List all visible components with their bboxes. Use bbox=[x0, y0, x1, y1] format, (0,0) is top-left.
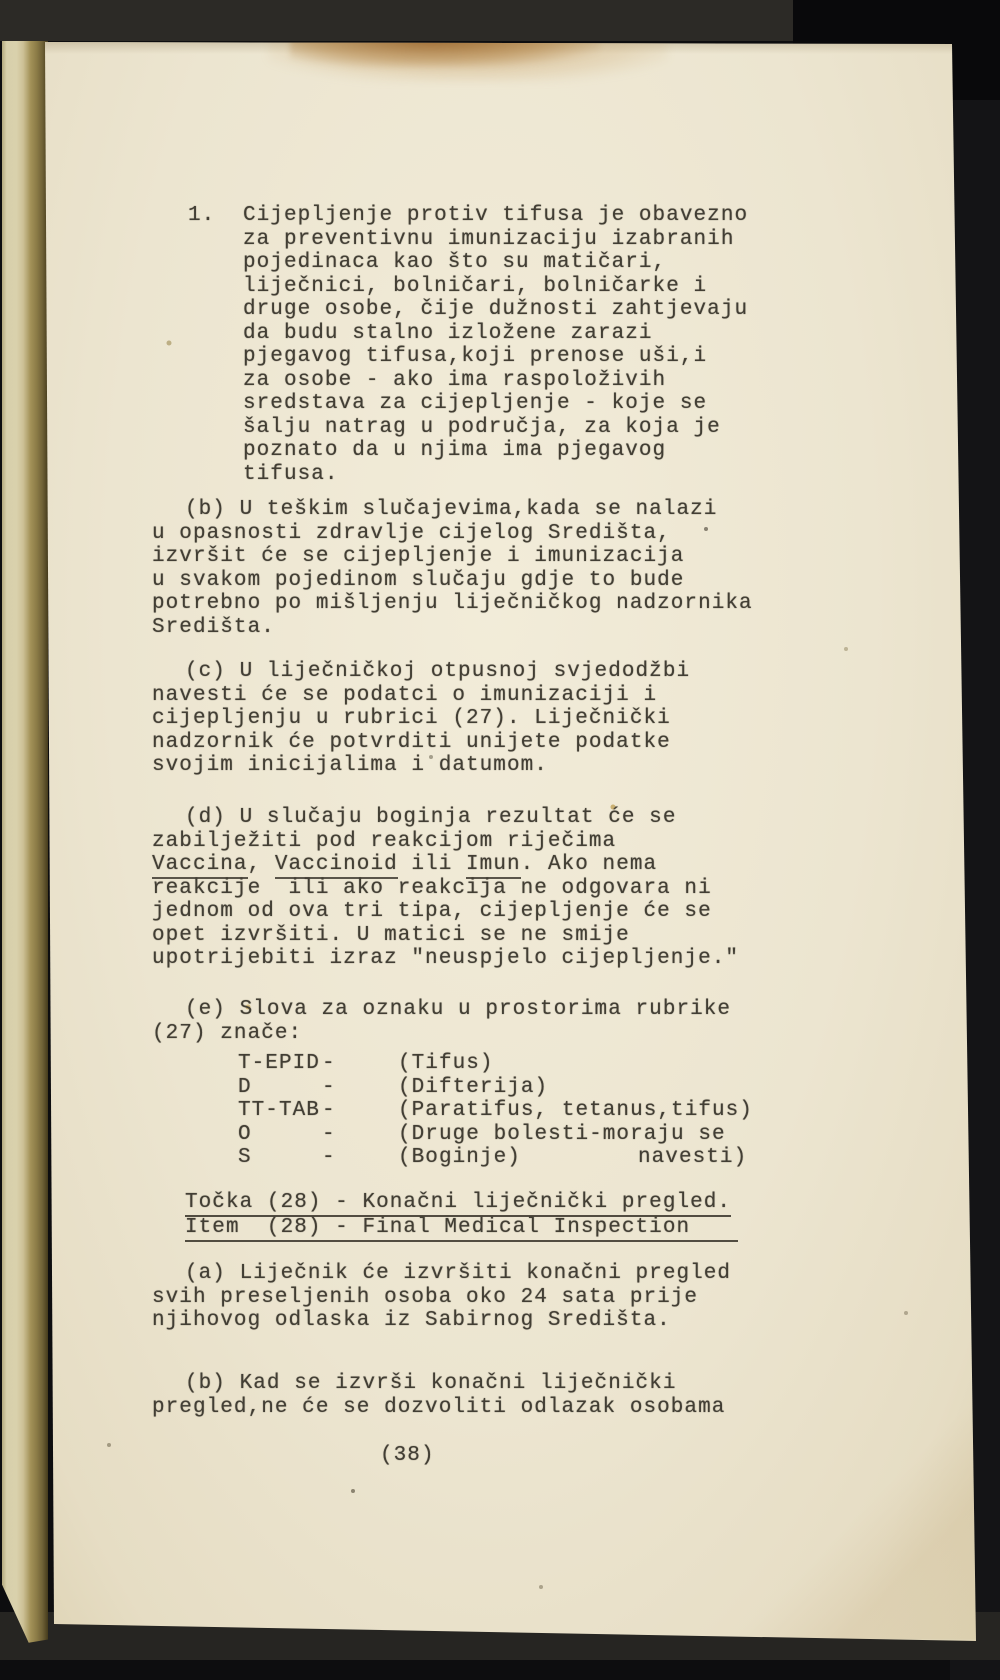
text-line: opet izvršiti. U matici se ne smije bbox=[152, 924, 739, 948]
letter-description: (Druge bolesti-moraju se bbox=[398, 1123, 726, 1147]
text-line: sredstava za cijepljenje - koje se bbox=[243, 392, 748, 416]
text-line: svih preseljenih osoba oko 24 sata prije bbox=[152, 1286, 731, 1310]
page-number: (38) bbox=[380, 1444, 435, 1467]
text-line: tifusa. bbox=[243, 463, 748, 487]
text-line: potrebno po mišljenju liječničkog nadzor… bbox=[152, 592, 753, 616]
letter-code: S bbox=[238, 1146, 252, 1169]
text-line: druge osobe, čije dužnosti zahtjevaju bbox=[243, 298, 748, 322]
text-line: za preventivnu imunizaciju izabranih bbox=[243, 228, 748, 252]
letter-code: T-EPID bbox=[238, 1052, 320, 1075]
text-line: liječnici, bolničari, bolničarke i bbox=[243, 275, 748, 299]
text-line: u svakom pojedinom slučaju gdje to bude bbox=[152, 569, 753, 593]
text-line: Središta. bbox=[152, 616, 753, 640]
scanned-document: 1.Cijepljenje protiv tifusa je obaveznoz… bbox=[0, 0, 1000, 1680]
paragraph-item1: 1.Cijepljenje protiv tifusa je obaveznoz… bbox=[243, 204, 748, 486]
text-line: da budu stalno izložene zarazi bbox=[243, 322, 748, 346]
text-line: Cijepljenje protiv tifusa je obavezno bbox=[243, 204, 748, 228]
heading-english-text: Item (28) - Final Medical Inspection bbox=[185, 1217, 738, 1242]
text-line: šalju natrag u područja, za koja je bbox=[243, 416, 748, 440]
text-line: nadzornik će potvrditi unijete podatke bbox=[152, 731, 690, 755]
dash: - bbox=[322, 1076, 336, 1100]
letter-description: (Boginje) bbox=[398, 1146, 521, 1170]
text-line: cijepljenju u rubrici (27). Liječnički bbox=[152, 707, 690, 731]
paragraph-d: (d) U slučaju boginja rezultat će sezabi… bbox=[152, 806, 739, 971]
paragraph-e: (e) Slova za oznaku u prostorima rubrike… bbox=[152, 998, 731, 1045]
heading-line-english: Item (28) - Final Medical Inspection bbox=[185, 1215, 738, 1240]
letter-table-row: S-(Boginje)navesti) bbox=[238, 1146, 320, 1170]
letter-table-row: O-(Druge bolesti-moraju se bbox=[238, 1123, 320, 1147]
text-line: u opasnosti zdravlje cijelog Središta, bbox=[152, 522, 753, 546]
text-line: svojim inicijalima i datumom. bbox=[152, 754, 690, 778]
text-line: (27) znače: bbox=[152, 1022, 731, 1046]
letter-table-row: T-EPID-(Tifus) bbox=[238, 1052, 320, 1076]
text-line: jednom od ova tri tipa, cijepljenje će s… bbox=[152, 900, 739, 924]
letter-table-row: TT-TAB-(Paratifus, tetanus,tifus) bbox=[238, 1099, 320, 1123]
dash: - bbox=[322, 1123, 336, 1147]
text-line: (a) Liječnik će izvršiti konačni pregled bbox=[152, 1262, 731, 1286]
letter-code: TT-TAB bbox=[238, 1099, 320, 1122]
text-line: (e) Slova za oznaku u prostorima rubrike bbox=[152, 998, 731, 1022]
text-line: upotrijebiti izraz "neuspjelo cijepljenj… bbox=[152, 947, 739, 971]
letter-description-overflow: navesti) bbox=[638, 1146, 747, 1170]
heading-croatian-text: Točka (28) - Konačni liječnički pregled. bbox=[185, 1192, 731, 1217]
text-line: pojedinaca kao što su matičari, bbox=[243, 251, 748, 275]
dash: - bbox=[322, 1052, 336, 1076]
text-line: navesti će se podatci o imunizaciji i bbox=[152, 684, 690, 708]
text-line: poznato da u njima ima pjegavog bbox=[243, 439, 748, 463]
dash: - bbox=[322, 1099, 336, 1123]
text-line: (d) U slučaju boginja rezultat će se bbox=[152, 806, 739, 830]
text-line: (b) Kad se izvrši konačni liječnički bbox=[152, 1372, 725, 1396]
text-line: Vaccina, Vaccinoid ili Imun. Ako nema bbox=[152, 853, 739, 877]
letter-table: T-EPID-(Tifus)D-(Difterija)TT-TAB-(Parat… bbox=[238, 1052, 320, 1170]
text-line: pregled,ne će se dozvoliti odlazak osoba… bbox=[152, 1396, 725, 1420]
text-line: zabilježiti pod reakcijom riječima bbox=[152, 830, 739, 854]
text-line: pjegavog tifusa,koji prenose uši,i bbox=[243, 345, 748, 369]
letter-description: (Tifus) bbox=[398, 1052, 494, 1076]
dash: - bbox=[322, 1146, 336, 1170]
letter-description: (Paratifus, tetanus,tifus) bbox=[398, 1099, 753, 1123]
paragraph-b: (b) U teškim slučajevima,kada se nalaziu… bbox=[152, 498, 753, 639]
text-line: njihovog odlaska iz Sabirnog Središta. bbox=[152, 1309, 731, 1333]
text-line: izvršit će se cijepljenje i imunizacija bbox=[152, 545, 753, 569]
text-line: (b) U teškim slučajevima,kada se nalazi bbox=[152, 498, 753, 522]
heading-line-croatian: Točka (28) - Konačni liječnički pregled. bbox=[185, 1190, 738, 1215]
paragraph-a2: (a) Liječnik će izvršiti konačni pregled… bbox=[152, 1262, 731, 1333]
text-line: (c) U liječničkoj otpusnoj svjedodžbi bbox=[152, 660, 690, 684]
typewritten-text-layer: 1.Cijepljenje protiv tifusa je obaveznoz… bbox=[0, 0, 1000, 1680]
letter-description: (Difterija) bbox=[398, 1076, 548, 1100]
letter-code: D bbox=[238, 1076, 252, 1099]
letter-table-row: D-(Difterija) bbox=[238, 1076, 320, 1100]
section-heading: Točka (28) - Konačni liječnički pregled.… bbox=[185, 1190, 738, 1240]
text-line: za osobe - ako ima raspoloživih bbox=[243, 369, 748, 393]
paragraph-c: (c) U liječničkoj otpusnoj svjedodžbinav… bbox=[152, 660, 690, 778]
letter-code: O bbox=[238, 1123, 252, 1146]
text-line: reakcije ili ako reakcija ne odgovara ni bbox=[152, 877, 739, 901]
paragraph-b2: (b) Kad se izvrši konačni liječničkipreg… bbox=[152, 1372, 725, 1419]
item-number: 1. bbox=[188, 204, 215, 228]
